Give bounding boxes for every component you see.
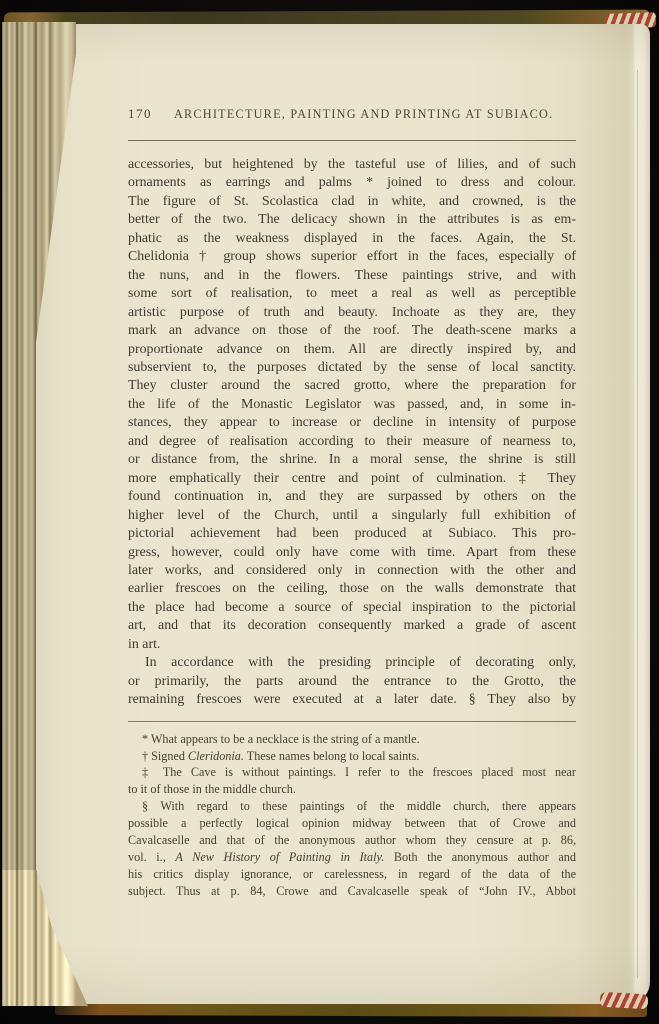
text-line: stances, they appear to increase or decl…: [128, 414, 576, 432]
text-line: more emphatically their centre and point…: [128, 470, 576, 488]
running-title: ARCHITECTURE, PAINTING AND PRINTING AT S…: [174, 107, 553, 122]
text-line: They cluster around the sacred grotto, w…: [128, 377, 576, 395]
book-page: 170 ARCHITECTURE, PAINTING AND PRINTING …: [30, 24, 650, 1004]
text-line: earlier frescoes on the ceiling, those o…: [128, 580, 576, 598]
footnote-text: Both the anonymous author and: [384, 850, 576, 864]
footnote-section-line-5: his critics display ignorance, or carele…: [128, 866, 576, 883]
footnote-text: Cavalcaselle and that of the anonymous a…: [128, 833, 576, 847]
text-line: some sort of realisation, to meet a real…: [128, 285, 576, 303]
endband-bottom-icon: [600, 992, 649, 1009]
footnote-double-dagger-line-2: to it of those in the middle church.: [128, 781, 576, 798]
text-line: the life of the Monastic Legislator was …: [128, 396, 576, 414]
text-line: The figure of St. Scolastica clad in whi…: [128, 193, 576, 211]
footnote-text: to it of those in the middle church.: [128, 782, 296, 796]
footnote-italic-book-title: A New History of Painting in Italy.: [175, 850, 384, 864]
footnote-text: possible a perfectly logical opinion mid…: [128, 816, 576, 830]
text-line: art, and that its decoration consequentl…: [128, 617, 576, 635]
text-line: pictorial achievement had been produced …: [128, 525, 576, 543]
text-line: in art.: [128, 636, 576, 654]
footnote-text: § With regard to these paintings of the …: [142, 799, 576, 813]
footnote-text: † Signed: [142, 749, 188, 763]
body-text: accessories, but heightened by the taste…: [128, 156, 576, 710]
text-line: better of the two. The delicacy shown in…: [128, 211, 576, 229]
text-line: higher level of the Church, until a sing…: [128, 507, 576, 525]
footnote-text: his critics display ignorance, or carele…: [128, 867, 576, 881]
footnote-italic-name: Cleridonia.: [188, 749, 244, 763]
text-line: accessories, but heightened by the taste…: [128, 156, 576, 174]
footnote-section-line-2: possible a perfectly logical opinion mid…: [128, 815, 576, 832]
text-line: mark an advance on those of the roof. Th…: [128, 322, 576, 340]
footnote-section-line-3: Cavalcaselle and that of the anonymous a…: [128, 832, 576, 849]
footnote-text: These names belong to local saints.: [244, 749, 419, 763]
footnote-section-line-1: § With regard to these paintings of the …: [128, 798, 576, 815]
footnote-double-dagger-line-1: ‡ The Cave is without paintings. I refer…: [128, 764, 576, 781]
footnote-section-line-4: vol. i., A New History of Painting in It…: [128, 849, 576, 866]
book-photograph: 170 ARCHITECTURE, PAINTING AND PRINTING …: [0, 0, 659, 1024]
footnotes: * What appears to be a necklace is the s…: [128, 731, 576, 900]
footnote-rule: [128, 721, 576, 722]
page-curl-crease: [637, 70, 638, 978]
running-head: 170 ARCHITECTURE, PAINTING AND PRINTING …: [128, 106, 576, 122]
page-number: 170: [128, 106, 152, 122]
footnote-text: vol. i.,: [128, 850, 175, 864]
printed-content: 170 ARCHITECTURE, PAINTING AND PRINTING …: [128, 106, 576, 900]
header-rule: [128, 140, 576, 141]
footnote-asterisk: * What appears to be a necklace is the s…: [128, 731, 576, 748]
text-line: the place had become a source of special…: [128, 599, 576, 617]
text-line: In accordance with the presiding princip…: [128, 654, 576, 672]
footnote-text: subject. Thus at p. 84, Crowe and Cavalc…: [128, 884, 576, 898]
text-line: or primarily, the parts around the entra…: [128, 673, 576, 691]
text-line: phatic as the weakness displayed in the …: [128, 230, 576, 248]
body-paragraph-2: In accordance with the presiding princip…: [128, 654, 576, 709]
text-line: proportionate advance on them. All are d…: [128, 341, 576, 359]
text-line: or distance from, the shrine. In a moral…: [128, 451, 576, 469]
footnote-section-line-6: subject. Thus at p. 84, Crowe and Cavalc…: [128, 883, 576, 900]
text-line: remaining frescoes were executed at a la…: [128, 691, 576, 709]
footnote-dagger: † Signed Cleridonia. These names belong …: [128, 748, 576, 765]
footnote-text: ‡ The Cave is without paintings. I refer…: [142, 765, 576, 779]
text-line: the nuns, and in the flowers. These pain…: [128, 267, 576, 285]
body-paragraph-1: accessories, but heightened by the taste…: [128, 156, 576, 654]
text-line: and degree of realisation according to t…: [128, 433, 576, 451]
text-line: subservient to, the purposes dictated by…: [128, 359, 576, 377]
text-line: found continuation in, and they are surp…: [128, 488, 576, 506]
text-line: ornaments as earrings and palms * joined…: [128, 174, 576, 192]
footnote-text: * What appears to be a necklace is the s…: [142, 732, 420, 746]
text-line: artistic purpose of truth and beauty. In…: [128, 304, 576, 322]
text-line: gress, however, could only have come wit…: [128, 544, 576, 562]
text-line: later works, and considered only in conn…: [128, 562, 576, 580]
text-line: Chelidonia † group shows superior effort…: [128, 248, 576, 266]
